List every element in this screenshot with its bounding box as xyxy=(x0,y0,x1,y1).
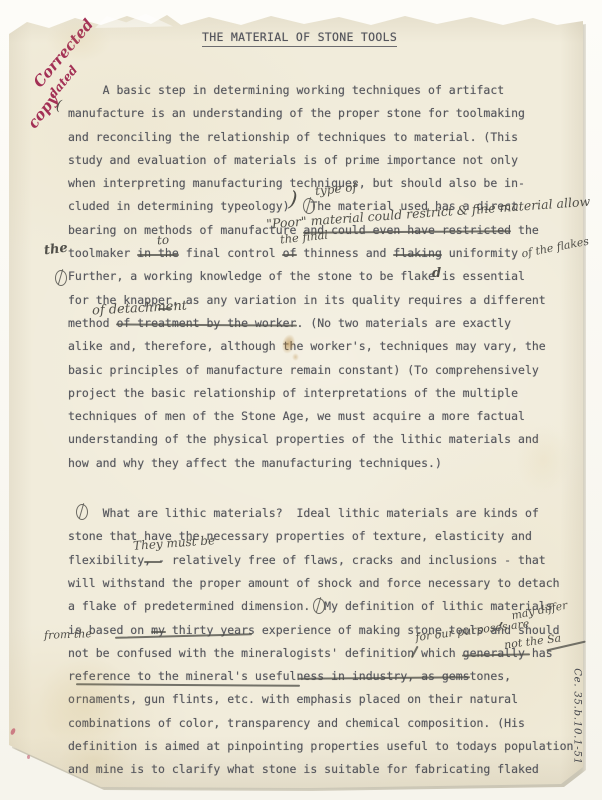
paragraph-mark-icon xyxy=(55,270,67,286)
typed-line: how and why they affect the manufacturin… xyxy=(68,452,588,475)
handwritten-to-insert: to xyxy=(157,234,170,247)
typed-line: project the basic relationship of interp… xyxy=(68,382,588,405)
typed-line: definition is aimed at pinpointing prope… xyxy=(68,735,588,758)
red-speck xyxy=(27,755,30,759)
typed-line: ornaments, gun flints, etc. with emphasi… xyxy=(68,688,588,711)
paper-stain xyxy=(38,655,133,750)
paper-stain xyxy=(516,425,571,495)
paragraph-mark-icon xyxy=(313,598,325,614)
typed-line: alike and, therefore, although the worke… xyxy=(68,335,588,358)
ink-stain xyxy=(292,353,299,361)
typed-line: A basic step in determining working tech… xyxy=(68,79,588,102)
typed-line: a flake of predetermined dimension. My d… xyxy=(68,595,588,618)
typed-line: and reconciling the relationship of tech… xyxy=(68,126,588,149)
strikethrough-mark xyxy=(137,254,179,256)
handwritten-from-the: from the xyxy=(44,628,92,641)
catalog-number: Ce. 35.b.10.1-51 xyxy=(572,665,583,769)
typed-line: What are lithic materials? Ideal lithic … xyxy=(68,502,588,525)
underline-mark xyxy=(158,308,172,310)
typed-line: study and evaluation of materials is of … xyxy=(68,149,588,172)
typed-line: techniques of men of the Stone Age, we m… xyxy=(68,405,588,428)
handwritten-margin-the: the xyxy=(43,242,68,258)
typed-line: manufacture is an understanding of the p… xyxy=(68,102,588,125)
paper-stain xyxy=(58,738,133,783)
page-title: THE MATERIAL OF STONE TOOLS xyxy=(202,30,397,47)
paragraph-spacer xyxy=(68,475,588,502)
scanned-manuscript-page: { "page": { "title": "THE MATERIAL OF ST… xyxy=(0,0,602,800)
typed-line: combinations of color, transparency and … xyxy=(68,712,588,735)
typed-line: Further, a working knowledge of the ston… xyxy=(68,265,588,288)
paragraph-mark-icon xyxy=(76,504,88,520)
paper-stain xyxy=(46,20,111,62)
typed-line: will withstand the proper amount of shoc… xyxy=(68,572,588,595)
typed-line: and mine is to clarify what stone is sui… xyxy=(68,758,588,781)
strikethrough-mark xyxy=(393,254,442,256)
handwritten-flaked-d: d xyxy=(432,267,441,280)
strikethrough-mark xyxy=(144,561,162,563)
typed-line: understanding of the physical properties… xyxy=(68,428,588,451)
strikethrough-mark xyxy=(151,631,166,633)
typed-line: basic principles of manufacture remain c… xyxy=(68,359,588,382)
paragraph-mark-icon xyxy=(303,198,315,214)
strikethrough-mark xyxy=(282,254,297,256)
